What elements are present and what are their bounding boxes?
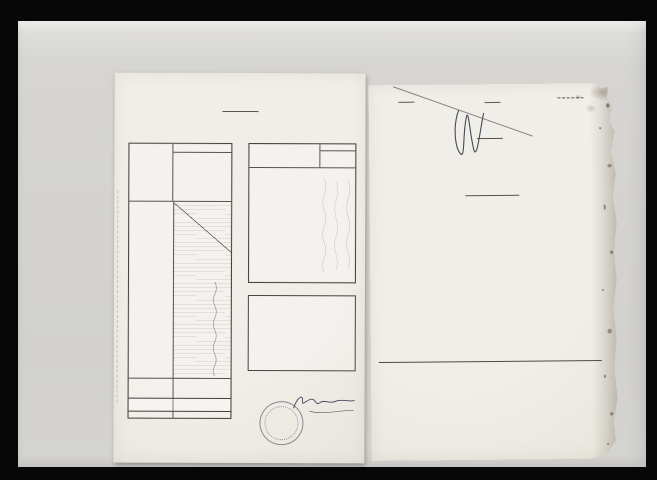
film-edge-strip — [0, 0, 657, 21]
table-a-number-columns — [173, 144, 231, 201]
handwritten-arrondissement — [377, 104, 437, 105]
handwritten-dateline — [260, 377, 356, 380]
table-b-corner-header — [249, 144, 319, 167]
explication-paragraphs — [379, 372, 602, 374]
microfilm-frame — [0, 0, 657, 480]
recapitulation-title — [115, 97, 366, 98]
scanned-photo-area — [18, 21, 646, 467]
table-b-rows — [249, 168, 355, 282]
arrondissement-label — [377, 104, 437, 105]
paper-stain-top-right — [553, 83, 615, 130]
divider-rule — [485, 102, 501, 103]
ornament-rule — [477, 137, 503, 138]
table-b-categories — [248, 143, 356, 283]
canton-commune-block — [540, 96, 600, 100]
table-b-column-headers — [320, 151, 355, 167]
right-page-title — [368, 83, 618, 461]
table-a-nombre-label — [173, 144, 231, 153]
instructions-column-2 — [495, 203, 603, 204]
left-page-recapitulation — [113, 73, 365, 464]
explication-heading — [371, 364, 602, 366]
table-a-header — [129, 144, 231, 202]
section-c-table — [248, 295, 356, 371]
subtitle — [369, 171, 602, 173]
handwritten-paraph — [451, 108, 495, 164]
page-number — [115, 85, 366, 86]
modele-block — [455, 101, 531, 105]
commune-label — [541, 99, 601, 100]
department-name — [377, 100, 437, 101]
wavy-brace-mark — [211, 282, 219, 376]
section-rule — [379, 360, 602, 363]
table-b-number-columns — [319, 144, 355, 167]
divider-rule — [557, 97, 583, 98]
table-a-apart-row — [129, 389, 231, 396]
divider-rule — [399, 102, 415, 103]
table-a-agglo-totals-row — [129, 255, 231, 261]
table-b-header — [249, 144, 355, 168]
pencil-margin-mark — [117, 191, 120, 403]
instructions-column-1 — [377, 204, 485, 205]
department-label — [377, 100, 437, 101]
divider-rule — [465, 195, 519, 196]
title-rule — [223, 111, 259, 112]
paper-stains — [589, 83, 618, 459]
table-a-totals-row — [129, 378, 231, 387]
table-a-population — [127, 143, 232, 419]
wavy-brace-mark — [319, 174, 353, 274]
department-block — [377, 100, 437, 104]
table-a-column-headers — [173, 153, 231, 201]
diagonal-strike — [174, 203, 232, 253]
table-a-grand-total-row — [128, 398, 230, 412]
table-a-corner-header — [129, 144, 173, 201]
table-a-body — [128, 202, 231, 418]
